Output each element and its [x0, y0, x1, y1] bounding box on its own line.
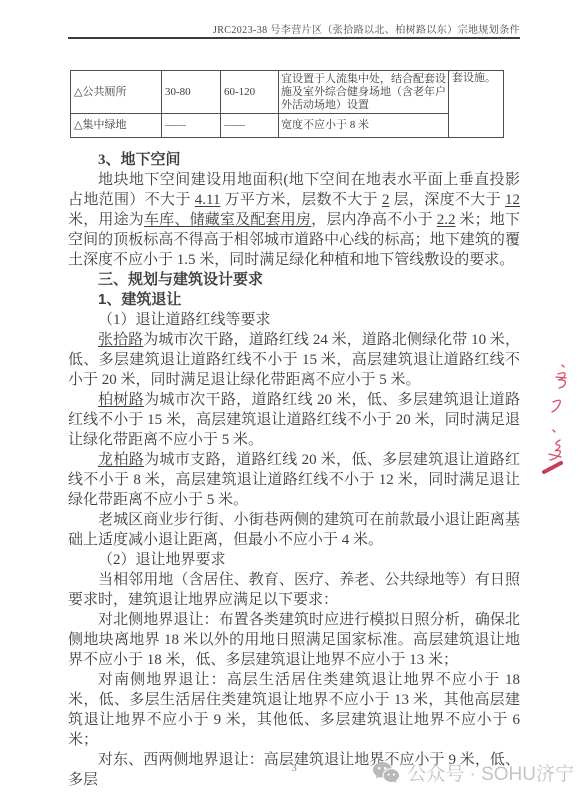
subheading-road-redline: （1）退让道路红线等要求 [68, 310, 520, 330]
watermark-text: 公众号 · SOHU济宁 [407, 759, 574, 786]
facilities-table: △公共厕所 30-80 60-120 宜设置于人流集中处，结合配套设施及室外综合… [70, 70, 504, 138]
paragraph-longbai-road: 龙柏路为城市支路，道路红线 20 米，低、多层建筑退让道路红线不小于 8 米，高… [68, 450, 520, 510]
cell-facility-name: △公共厕所 [71, 71, 162, 114]
wechat-icon [372, 761, 400, 785]
watermark: 公众号 · SOHU济宁 [372, 759, 574, 786]
paragraph-old-town: 老城区商业步行街、小街巷两侧的建筑可在前款最小退让距离基础上适度减小退让距离，但… [68, 510, 520, 550]
cell-requirement: 宽度不应小于 8 米 [279, 114, 449, 138]
document-page: JRC2023-38 号李营片区（张拾路以北、柏树路以东）宗地规划条件 △公共厕… [0, 0, 587, 800]
paragraph-south-boundary: 对南侧地界退让：高层生活居住类建筑退让地界不应小于 18 米，低、多层生活居住类… [68, 670, 520, 750]
cell-overflow-text: 套设施。 [449, 71, 504, 138]
table-row-green-space: △集中绿地 —— —— 宽度不应小于 8 米 [71, 114, 504, 138]
paragraph-north-boundary: 对北侧地界退让：布置各类建筑时应进行模拟日照分析，确保北侧地块离地界 18 米以… [68, 610, 520, 670]
cell-value-1: 30-80 [162, 71, 221, 114]
heading-planning-design: 三、规划与建筑设计要求 [68, 270, 520, 290]
table-row-public-toilet: △公共厕所 30-80 60-120 宜设置于人流集中处，结合配套设施及室外综合… [71, 71, 504, 114]
paragraph-adjacent-land: 当相邻用地（含居住、教育、医疗、养老、公共绿地等）有日照要求时，建筑退让地界应满… [68, 570, 520, 610]
handwritten-annotation-marks [536, 350, 578, 495]
cell-value-1: —— [162, 114, 221, 138]
page-header: JRC2023-38 号李营片区（张拾路以北、柏树路以东）宗地规划条件 [68, 21, 520, 36]
cell-value-2: 60-120 [221, 71, 279, 114]
cell-requirement: 宜设置于人流集中处，结合配套设施及室外综合健身场地（含老年户外活动场地）设置 [279, 71, 449, 114]
paragraph-zhangshi-road: 张拾路为城市次干路，道路红线 24 米，道路北侧绿化带 10 米，低、多层建筑退… [68, 330, 520, 390]
subheading-boundary-setback: （2）退让地界要求 [68, 550, 520, 570]
heading-underground-space: 3、地下空间 [68, 150, 520, 170]
header-rule [68, 37, 520, 39]
cell-facility-name: △集中绿地 [71, 114, 162, 138]
heading-building-setback: 1、建筑退让 [68, 290, 520, 310]
paragraph-baishu-road: 柏树路为城市次干路，道路红线 20 米，低、多层建筑退让道路红线不小于 15 米… [68, 390, 520, 450]
header-title: JRC2023-38 号李营片区（张拾路以北、柏树路以东）宗地规划条件 [213, 25, 520, 36]
document-body: 3、地下空间 地块地下空间建设用地面积(地下空间在地表水平面上垂直投影占地范围）… [68, 150, 520, 790]
paragraph-underground-space: 地块地下空间建设用地面积(地下空间在地表水平面上垂直投影占地范围）不大于 4.1… [68, 170, 520, 270]
cell-value-2: —— [221, 114, 279, 138]
